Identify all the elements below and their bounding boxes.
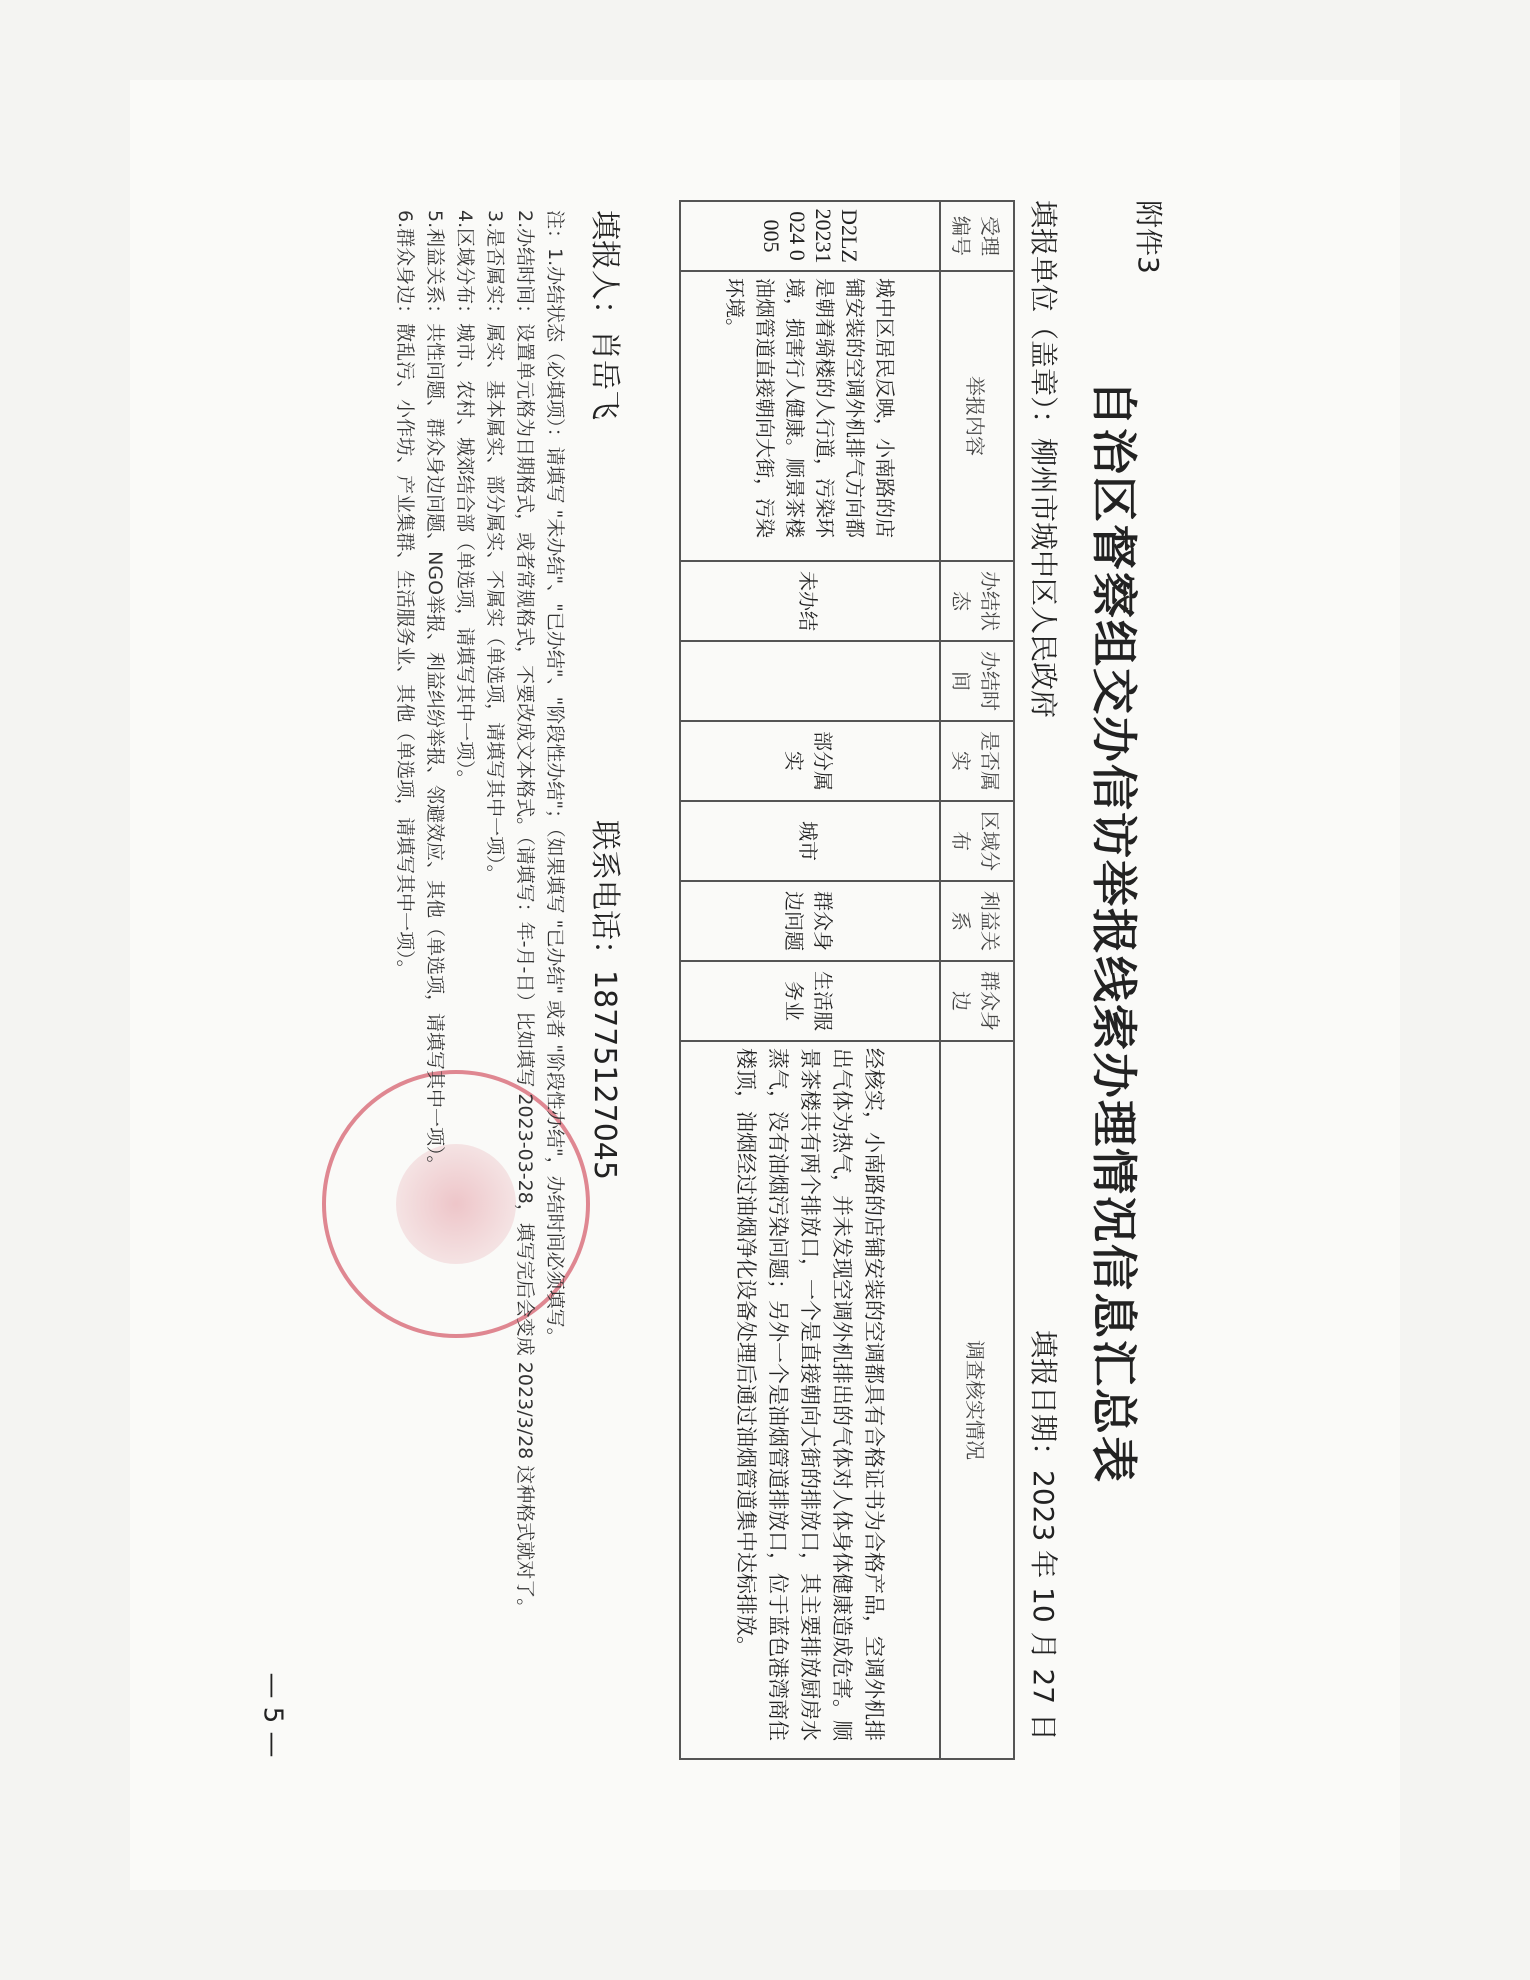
signer: 填报人：肖岳飞: [586, 210, 630, 420]
cell-content: 城中区居民反映，小南路的店铺安装的空调外机排气方向都是朝着骑楼的人行道，污染环境…: [680, 271, 940, 561]
cell-status: 未办结: [680, 561, 940, 641]
header-content: 举报内容: [940, 271, 1014, 561]
header-status: 办结状态: [940, 561, 1014, 641]
cell-nearby: 生活服务业: [680, 961, 940, 1041]
note-3: 3.是否属实：属实、基本属实、部分属实、不属实（单选项，请填写其中一项）。: [480, 210, 510, 1750]
annex-label: 附件3: [1130, 200, 1170, 274]
header-investigation: 调查核实情况: [940, 1041, 1014, 1759]
fill-unit: 填报单位（盖章）：柳州市城中区人民政府: [1025, 200, 1065, 718]
header-close-time: 办结时间: [940, 641, 1014, 721]
table-row: D2LZ20231024 0005 城中区居民反映，小南路的店铺安装的空调外机排…: [680, 201, 940, 1759]
header-nearby: 群众身边: [940, 961, 1014, 1041]
note-4: 4.区域分布：城市、农村、城郊结合部（单选项，请填写其中一项）。: [450, 210, 480, 1750]
rotated-page: 附件3 自治区督察组交办信访举报线索办理情况信息汇总表 填报单位（盖章）：柳州市…: [240, 200, 1170, 1760]
notes: 注：1.办结状态（必填项）：请填写 "未办结"、"已办结"、"阶段性办结"；（如…: [390, 210, 570, 1750]
page-title: 自治区督察组交办信访举报线索办理情况信息汇总表: [1084, 380, 1150, 1484]
note-2: 2.办结时间：设置单元格为日期格式，或者常规格式，不要改成文本格式。（请填写：年…: [510, 210, 540, 1750]
summary-table: 受理编号 举报内容 办结状态 办结时间 是否属实 区域分布 利益关系 群众身边 …: [679, 200, 1015, 1760]
cell-region: 城市: [680, 801, 940, 881]
contact-phone: 联系电话：18775127045: [586, 820, 630, 1180]
cell-close-time: [680, 641, 940, 721]
note-5: 5.利益关系：共性问题、群众身边问题、NGO举报、利益纠纷举报、邻避效应、其他（…: [420, 210, 450, 1750]
table-header-row: 受理编号 举报内容 办结状态 办结时间 是否属实 区域分布 利益关系 群众身边 …: [940, 201, 1014, 1759]
header-interest: 利益关系: [940, 881, 1014, 961]
cell-verified: 部分属实: [680, 721, 940, 801]
cell-investigation: 经核实，小南路的店铺安装的空调都具有合格证书为合格产品，空调外机排出气体为热气，…: [680, 1041, 940, 1759]
header-region: 区域分布: [940, 801, 1014, 881]
note-6: 6.群众身边：散乱污、小作坊、产业集群、生活服务业、其他（单选项，请填写其中一项…: [390, 210, 420, 1750]
cell-id: D2LZ20231024 0005: [680, 201, 940, 271]
cell-interest: 群众身边问题: [680, 881, 940, 961]
page-number: — 5 —: [258, 1672, 288, 1757]
note-1: 注：1.办结状态（必填项）：请填写 "未办结"、"已办结"、"阶段性办结"；（如…: [540, 210, 570, 1750]
header-id: 受理编号: [940, 201, 1014, 271]
header-verified: 是否属实: [940, 721, 1014, 801]
fill-date: 填报日期：2023 年 10 月 27 日: [1025, 1330, 1065, 1741]
